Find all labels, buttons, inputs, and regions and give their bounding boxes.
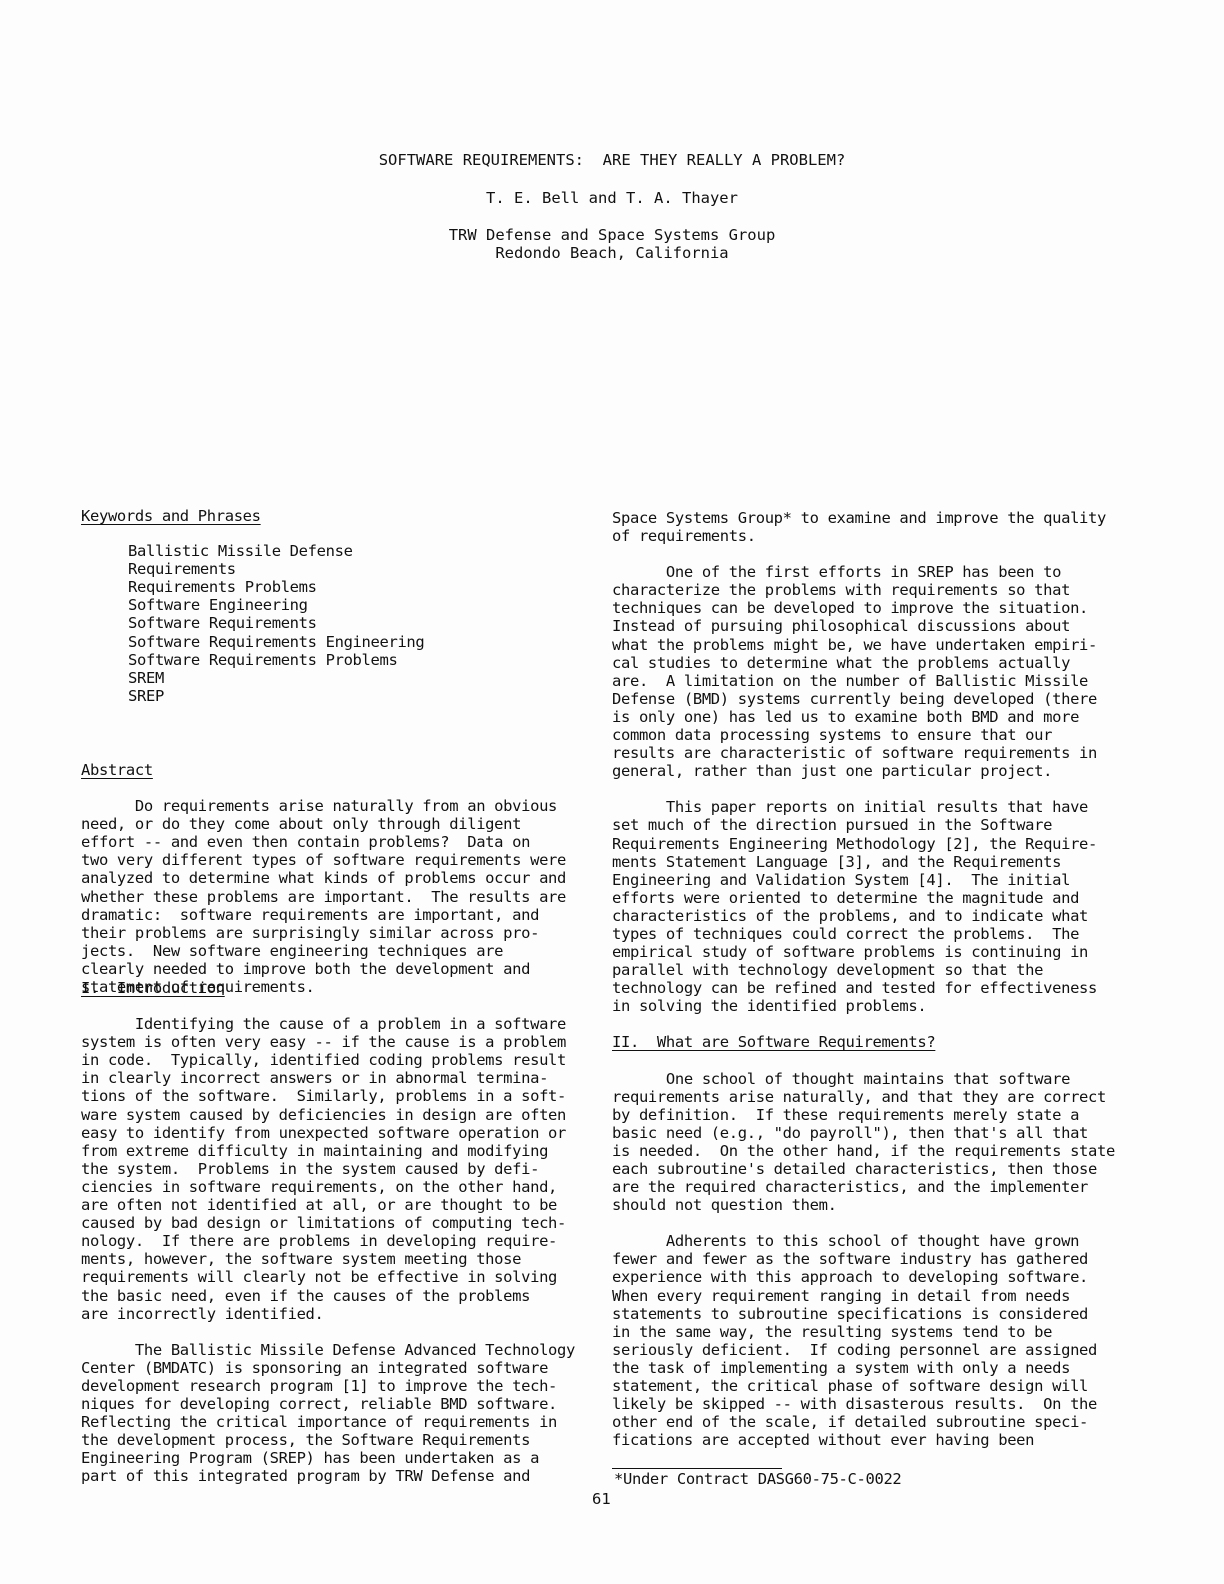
text-line: cal studies to determine what the proble… xyxy=(612,654,1152,672)
text-line: clearly needed to improve both the devel… xyxy=(81,960,566,978)
text-line: need, or do they come about only through… xyxy=(81,815,566,833)
abstract-section: Abstract Do requirements arise naturally… xyxy=(81,761,566,996)
text-line: the basic need, even if the causes of th… xyxy=(81,1287,575,1305)
footnote: *Under Contract DASG60-75-C-0022 xyxy=(614,1470,901,1488)
text-line: statements to subroutine specifications … xyxy=(612,1305,1152,1323)
footnote-rule xyxy=(612,1468,782,1469)
text-line: by definition. If these requirements mer… xyxy=(612,1106,1152,1124)
text-line: experience with this approach to develop… xyxy=(612,1268,1152,1286)
text-line: Space Systems Group* to examine and impr… xyxy=(612,509,1152,527)
introduction-paragraph: Identifying the cause of a problem in a … xyxy=(81,1015,575,1323)
keyword-item: Requirements Problems xyxy=(81,578,424,596)
text-line: efforts were oriented to determine the m… xyxy=(612,889,1152,907)
abstract-heading: Abstract xyxy=(81,761,153,779)
abstract-text: Do requirements arise naturally from an … xyxy=(81,797,566,996)
text-line: characterize the problems with requireme… xyxy=(612,581,1152,599)
text-line: This paper reports on initial results th… xyxy=(612,798,1152,816)
text-line: Engineering and Validation System [4]. T… xyxy=(612,871,1152,889)
section2-paragraph: One school of thought maintains that sof… xyxy=(612,1070,1152,1215)
keywords-section: Keywords and Phrases Ballistic Missile D… xyxy=(81,507,424,705)
text-line: Reflecting the critical importance of re… xyxy=(81,1413,575,1431)
text-line: other end of the scale, if detailed subr… xyxy=(612,1413,1152,1431)
keyword-item: Ballistic Missile Defense xyxy=(81,542,424,560)
text-line: development research program [1] to impr… xyxy=(81,1377,575,1395)
text-line: dramatic: software requirements are impo… xyxy=(81,906,566,924)
text-line: Defense (BMD) systems currently being de… xyxy=(612,690,1152,708)
text-line: the development process, the Software Re… xyxy=(81,1431,575,1449)
text-line: parallel with technology development so … xyxy=(612,961,1152,979)
body-paragraph: One of the first efforts in SREP has bee… xyxy=(612,563,1152,780)
text-line: requirements will clearly not be effecti… xyxy=(81,1268,575,1286)
text-line: fewer and fewer as the software industry… xyxy=(612,1250,1152,1268)
text-line: general, rather than just one particular… xyxy=(612,762,1152,780)
keyword-item: Requirements xyxy=(81,560,424,578)
text-line: should not question them. xyxy=(612,1196,1152,1214)
text-line: in solving the identified problems. xyxy=(612,997,1152,1015)
text-line: in code. Typically, identified coding pr… xyxy=(81,1051,575,1069)
keyword-item: Software Engineering xyxy=(81,596,424,614)
text-line: likely be skipped -- with disasterous re… xyxy=(612,1395,1152,1413)
keyword-item: SREP xyxy=(81,687,424,705)
text-line: in clearly incorrect answers or in abnor… xyxy=(81,1069,575,1087)
text-line: ments Statement Language [3], and the Re… xyxy=(612,853,1152,871)
text-line: One school of thought maintains that sof… xyxy=(612,1070,1152,1088)
text-line: techniques can be developed to improve t… xyxy=(612,599,1152,617)
text-line: their problems are surprisingly similar … xyxy=(81,924,566,942)
text-line: are. A limitation on the number of Balli… xyxy=(612,672,1152,690)
text-line: Engineering Program (SREP) has been unde… xyxy=(81,1449,575,1467)
keywords-heading: Keywords and Phrases xyxy=(81,507,261,525)
text-line: ware system caused by deficiencies in de… xyxy=(81,1106,575,1124)
text-line: whether these problems are important. Th… xyxy=(81,888,566,906)
text-line: ments, however, the software system meet… xyxy=(81,1250,575,1268)
text-line: jects. New software engineering techniqu… xyxy=(81,942,566,960)
text-line: One of the first efforts in SREP has bee… xyxy=(612,563,1152,581)
text-line: types of techniques could correct the pr… xyxy=(612,925,1152,943)
text-line: Center (BMDATC) is sponsoring an integra… xyxy=(81,1359,575,1377)
text-line: the system. Problems in the system cause… xyxy=(81,1160,575,1178)
page-number: 61 xyxy=(592,1490,611,1508)
text-line: part of this integrated program by TRW D… xyxy=(81,1467,575,1485)
text-line: set much of the direction pursued in the… xyxy=(612,816,1152,834)
text-line: When every requirement ranging in detail… xyxy=(612,1287,1152,1305)
text-line: fications are accepted without ever havi… xyxy=(612,1431,1152,1449)
introduction-heading: I. Introduction xyxy=(81,979,225,997)
text-line: characteristics of the problems, and to … xyxy=(612,907,1152,925)
text-line: is needed. On the other hand, if the req… xyxy=(612,1142,1152,1160)
text-line: requirements arise naturally, and that t… xyxy=(612,1088,1152,1106)
keyword-item: Software Requirements Engineering xyxy=(81,633,424,651)
text-line: analyzed to determine what kinds of prob… xyxy=(81,869,566,887)
section2-paragraph: Adherents to this school of thought have… xyxy=(612,1232,1152,1449)
text-line: each subroutine's detailed characteristi… xyxy=(612,1160,1152,1178)
body-paragraph: Space Systems Group* to examine and impr… xyxy=(612,509,1152,545)
text-line: is only one) has led us to examine both … xyxy=(612,708,1152,726)
paper-title: SOFTWARE REQUIREMENTS: ARE THEY REALLY A… xyxy=(0,151,1224,169)
introduction-paragraph: The Ballistic Missile Defense Advanced T… xyxy=(81,1341,575,1486)
keyword-item: Software Requirements Problems xyxy=(81,651,424,669)
text-line: two very different types of software req… xyxy=(81,851,566,869)
text-line: empirical study of software problems is … xyxy=(612,943,1152,961)
text-line: Adherents to this school of thought have… xyxy=(612,1232,1152,1250)
text-line: are the required characteristics, and th… xyxy=(612,1178,1152,1196)
text-line: effort -- and even then contain problems… xyxy=(81,833,566,851)
text-line: easy to identify from unexpected softwar… xyxy=(81,1124,575,1142)
text-line: results are characteristic of software r… xyxy=(612,744,1152,762)
text-line: Identifying the cause of a problem in a … xyxy=(81,1015,575,1033)
text-line: caused by bad design or limitations of c… xyxy=(81,1214,575,1232)
body-paragraph: This paper reports on initial results th… xyxy=(612,798,1152,1015)
text-line: ciencies in software requirements, on th… xyxy=(81,1178,575,1196)
text-line: what the problems might be, we have unde… xyxy=(612,636,1152,654)
keywords-list: Ballistic Missile DefenseRequirementsReq… xyxy=(81,542,424,705)
section2-heading: II. What are Software Requirements? xyxy=(612,1033,935,1051)
text-line: are incorrectly identified. xyxy=(81,1305,575,1323)
paper-affiliation: TRW Defense and Space Systems Group xyxy=(0,226,1224,244)
text-line: Requirements Engineering Methodology [2]… xyxy=(612,835,1152,853)
text-line: seriously deficient. If coding personnel… xyxy=(612,1341,1152,1359)
text-line: Do requirements arise naturally from an … xyxy=(81,797,566,815)
section2: II. What are Software Requirements? One … xyxy=(612,1033,1152,1449)
text-line: The Ballistic Missile Defense Advanced T… xyxy=(81,1341,575,1359)
right-column: Space Systems Group* to examine and impr… xyxy=(612,509,1152,1449)
keyword-item: SREM xyxy=(81,669,424,687)
text-line: technology can be refined and tested for… xyxy=(612,979,1152,997)
text-line: basic need (e.g., "do payroll"), then th… xyxy=(612,1124,1152,1142)
text-line: of requirements. xyxy=(612,527,1152,545)
text-line: are often not identified at all, or are … xyxy=(81,1196,575,1214)
text-line: tions of the software. Similarly, proble… xyxy=(81,1087,575,1105)
text-line: Instead of pursuing philosophical discus… xyxy=(612,617,1152,635)
paper-authors: T. E. Bell and T. A. Thayer xyxy=(0,189,1224,207)
text-line: system is often very easy -- if the caus… xyxy=(81,1033,575,1051)
text-line: the task of implementing a system with o… xyxy=(612,1359,1152,1377)
introduction-section: I. Introduction Identifying the cause of… xyxy=(81,979,575,1485)
text-line: in the same way, the resulting systems t… xyxy=(612,1323,1152,1341)
keyword-item: Software Requirements xyxy=(81,614,424,632)
paper-location: Redondo Beach, California xyxy=(0,244,1224,262)
text-line: niques for developing correct, reliable … xyxy=(81,1395,575,1413)
text-line: from extreme difficulty in maintaining a… xyxy=(81,1142,575,1160)
text-line: statement, the critical phase of softwar… xyxy=(612,1377,1152,1395)
paper-page: SOFTWARE REQUIREMENTS: ARE THEY REALLY A… xyxy=(0,0,1224,1584)
text-line: common data processing systems to ensure… xyxy=(612,726,1152,744)
text-line: nology. If there are problems in develop… xyxy=(81,1232,575,1250)
